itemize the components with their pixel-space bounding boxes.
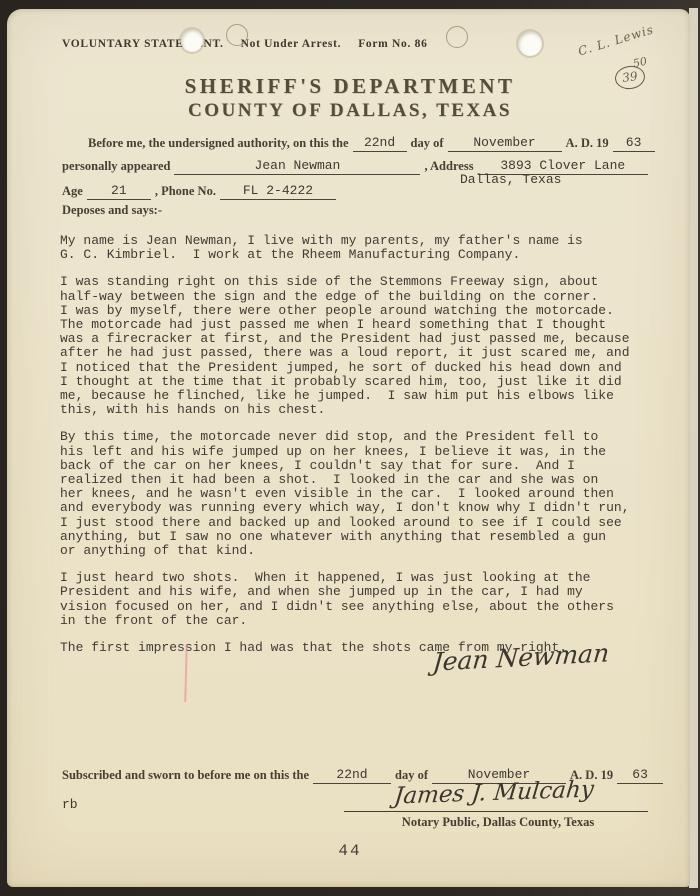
age-field: 21 [87, 183, 151, 200]
notary-title-label: Notary Public, Dallas County, Texas [348, 815, 648, 830]
day-of-label: day of [411, 136, 444, 151]
form-header-arrest-label: Not Under Arrest. [241, 38, 342, 50]
deposes-label: Deposes and says:- [62, 203, 162, 218]
punch-hole [181, 29, 203, 52]
county-title: COUNTY OF DALLAS, TEXAS [0, 100, 700, 122]
address-field-line2: Dallas, Texas [460, 172, 561, 187]
form-header-number-label: Form No. 86 [358, 38, 427, 50]
statement-paragraph: My name is Jean Newman, I live with my p… [60, 234, 660, 262]
name-field: Jean Newman [174, 158, 420, 175]
age-label: Age [62, 184, 83, 199]
ad-label: A. D. 19 [566, 136, 609, 151]
statement-paragraph: By this time, the motorcade never did st… [60, 430, 660, 558]
department-title: SHERIFF'S DEPARTMENT [0, 74, 700, 99]
phone-label: , Phone No. [155, 184, 216, 199]
statement-paragraph: I was standing right on this side of the… [60, 275, 660, 417]
scanned-document: VOLUNTARY STATEMENT. Not Under Arrest. F… [0, 0, 700, 896]
before-me-label: Before me, the undersigned authority, on… [88, 136, 349, 151]
subscribed-label: Subscribed and sworn to before me on thi… [62, 768, 309, 783]
typist-initials: rb [62, 797, 78, 812]
age-phone-line: Age 21 , Phone No. FL 2-4222 [62, 184, 340, 201]
personally-appeared-label: personally appeared [62, 159, 170, 174]
statement-paragraph: I just heard two shots. When it happened… [60, 571, 660, 628]
punch-hole [518, 31, 542, 56]
appeared-line: personally appeared Jean Newman , Addres… [62, 159, 652, 176]
phone-field: FL 2-4222 [220, 183, 336, 200]
month-field: November [448, 135, 562, 152]
date-line: Before me, the undersigned authority, on… [88, 136, 652, 153]
scanner-backing-strip [689, 8, 698, 888]
closing-day-field: 22nd [313, 767, 391, 784]
day-field: 22nd [353, 135, 407, 152]
punch-hole-impression [446, 26, 468, 48]
page-number: 44 [0, 842, 700, 860]
closing-day-of-label: day of [395, 768, 428, 783]
punch-hole-impression [226, 24, 248, 46]
year-field: 63 [613, 135, 655, 152]
statement-body: My name is Jean Newman, I live with my p… [60, 234, 660, 668]
